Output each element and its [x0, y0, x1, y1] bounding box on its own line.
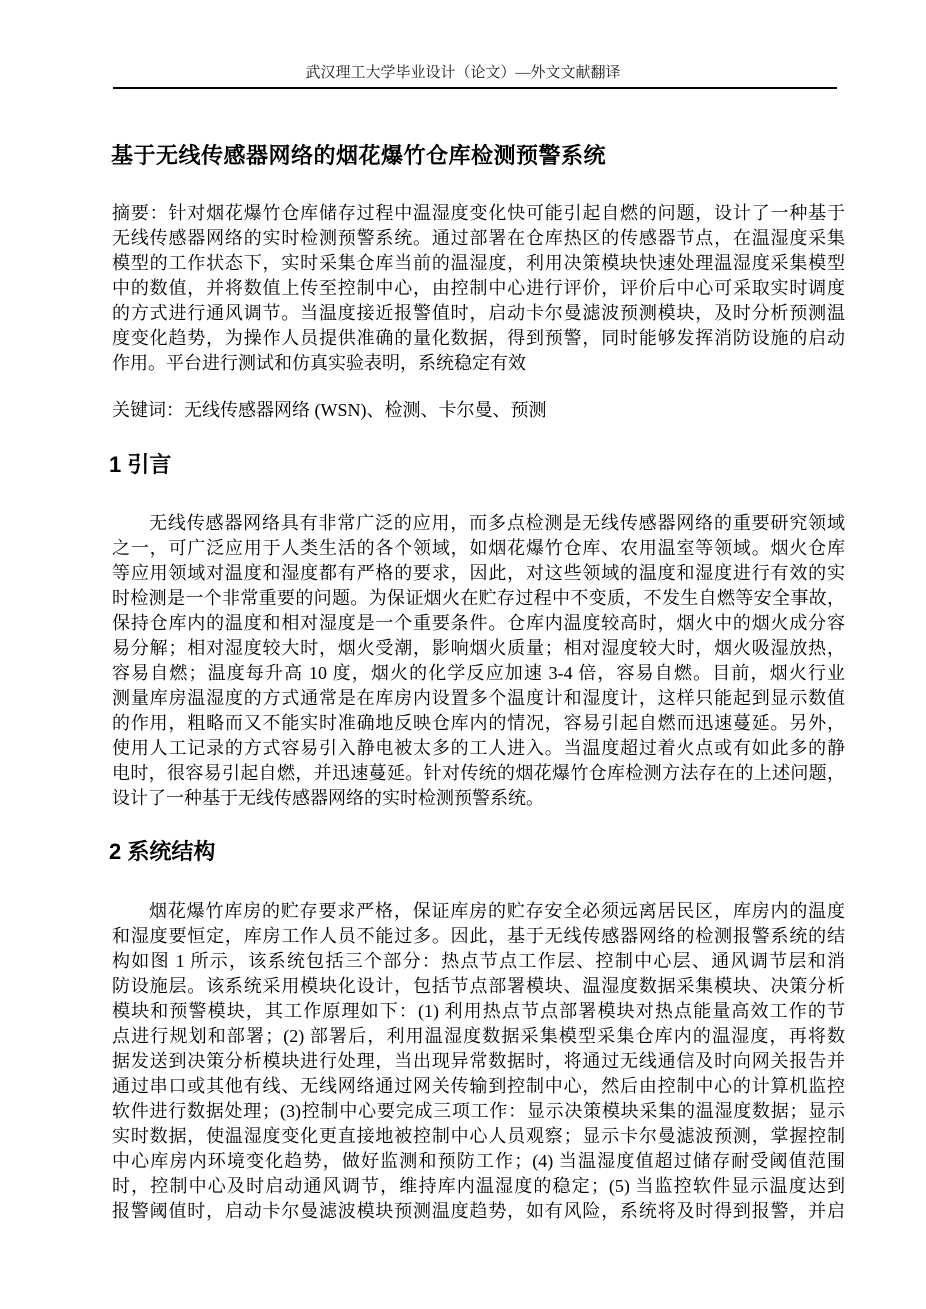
text-line: 烟花爆竹库房的贮存要求严格，保证库房的贮存安全必须远离居民区，库房内的温度: [112, 899, 845, 924]
text-line: 作用。平台进行测试和仿真实验表明，系统稳定有效: [112, 351, 845, 376]
text-line: 电时，很容易引起自燃，并迅速蔓延。针对传统的烟花爆竹仓库检测方法存在的上述问题，: [112, 761, 845, 786]
text-line: 防设施层。该系统采用模块化设计，包括节点部署模块、温湿度数据采集模块、决策分析: [112, 974, 845, 999]
text-line: 实时数据，使温湿度变化更直接地被控制中心人员观察；显示卡尔曼滤波预测，掌握控制: [112, 1124, 845, 1149]
text-line: 报警阈值时，启动卡尔曼滤波模块预测温度趋势，如有风险，系统将及时得到报警，并启: [112, 1199, 845, 1224]
text-line: 易分解；相对湿度较大时，烟火受潮，影响烟火质量；相对湿度较大时，烟火吸湿放热，: [112, 636, 845, 661]
text-line: 无线传感器网络的实时检测预警系统。通过部署在仓库热区的传感器节点，在温湿度采集: [112, 226, 845, 251]
keywords-line: 关键词：无线传感器网络 (WSN)、检测、卡尔曼、预测: [112, 398, 845, 423]
text-line: 无线传感器网络具有非常广泛的应用，而多点检测是无线传感器网络的重要研究领域: [112, 511, 845, 536]
text-line: 测量库房温湿度的方式通常是在库房内设置多个温度计和湿度计，这样只能起到显示数值: [112, 686, 845, 711]
document-page: 武汉理工大学毕业设计（论文）—外文文献翻译 基于无线传感器网络的烟花爆竹仓库检测…: [0, 0, 926, 1309]
text-line: 和湿度要恒定，库房工作人员不能过多。因此，基于无线传感器网络的检测报警系统的结: [112, 924, 845, 949]
text-line: 中的数值，并将数值上传至控制中心，由控制中心进行评价，评价后中心可采取实时调度: [112, 276, 845, 301]
text-line: 使用人工记录的方式容易引入静电被太多的工人进入。当温度超过着火点或有如此多的静: [112, 736, 845, 761]
text-line: 时，控制中心及时启动通风调节，维持库内温湿度的稳定；(5) 当监控软件显示温度达…: [112, 1174, 845, 1199]
text-line: 点进行规划和部署；(2) 部署后，利用温湿度数据采集模型采集仓库内的温湿度，再将…: [112, 1024, 845, 1049]
text-line: 摘要：针对烟花爆竹仓库储存过程中温湿度变化快可能引起自燃的问题，设计了一种基于: [112, 201, 845, 226]
text-line: 构如图 1 所示，该系统包括三个部分：热点节点工作层、控制中心层、通风调节层和消: [112, 949, 845, 974]
text-line: 通过串口或其他有线、无线网络通过网关传输到控制中心，然后由控制中心的计算机监控: [112, 1074, 845, 1099]
text-line: 模块和预警模块，其工作原理如下：(1) 利用热点节点部署模块对热点能量高效工作的…: [112, 999, 845, 1024]
text-line: 时检测是一个非常重要的问题。为保证烟火在贮存过程中不变质，不发生自燃等安全事故，: [112, 586, 845, 611]
text-line: 设计了一种基于无线传感器网络的实时检测预警系统。: [112, 786, 845, 811]
text-line: 据发送到决策分析模块进行处理，当出现异常数据时，将通过无线通信及时向网关报告并: [112, 1049, 845, 1074]
introduction-paragraph: 无线传感器网络具有非常广泛的应用，而多点检测是无线传感器网络的重要研究领域之一，…: [112, 511, 845, 811]
abstract-paragraph: 摘要：针对烟花爆竹仓库储存过程中温湿度变化快可能引起自燃的问题，设计了一种基于无…: [112, 201, 845, 376]
text-line: 的方式进行通风调节。当温度接近报警值时，启动卡尔曼滤波预测模块，及时分析预测温: [112, 301, 845, 326]
text-line: 保持仓库内的温度和相对湿度是一个重要条件。仓库内温度较高时，烟火中的烟火成分容: [112, 611, 845, 636]
text-line: 等应用领域对温度和湿度都有严格的要求，因此，对这些领域的温度和湿度进行有效的实: [112, 561, 845, 586]
document-title: 基于无线传感器网络的烟花爆竹仓库检测预警系统: [111, 141, 606, 171]
text-line: 中心库房内环境变化趋势，做好监测和预防工作；(4) 当温湿度值超过储存耐受阈值范…: [112, 1149, 845, 1174]
text-line: 模型的工作状态下，实时采集仓库当前的温湿度，利用决策模块快速处理温湿度采集模型: [112, 251, 845, 276]
page-header: 武汉理工大学毕业设计（论文）—外文文献翻译: [0, 63, 926, 83]
text-line: 度变化趋势，为操作人员提供准确的量化数据，得到预警，同时能够发挥消防设施的启动: [112, 326, 845, 351]
section-heading-system-structure: 2 系统结构: [109, 837, 215, 867]
text-line: 的作用，粗略而又不能实时准确地反映仓库内的情况，容易引起自燃而迅速蔓延。另外，: [112, 711, 845, 736]
text-line: 软件进行数据处理；(3)控制中心要完成三项工作：显示决策模块采集的温湿度数据；显…: [112, 1099, 845, 1124]
text-line: 之一，可广泛应用于人类生活的各个领域，如烟花爆竹仓库、农用温室等领域。烟火仓库: [112, 536, 845, 561]
header-divider: [113, 87, 837, 89]
section-heading-introduction: 1 引言: [109, 450, 171, 480]
system-structure-paragraph: 烟花爆竹库房的贮存要求严格，保证库房的贮存安全必须远离居民区，库房内的温度和湿度…: [112, 899, 845, 1224]
text-line: 容易自燃；温度每升高 10 度，烟火的化学反应加速 3-4 倍，容易自燃。目前，…: [112, 661, 845, 686]
